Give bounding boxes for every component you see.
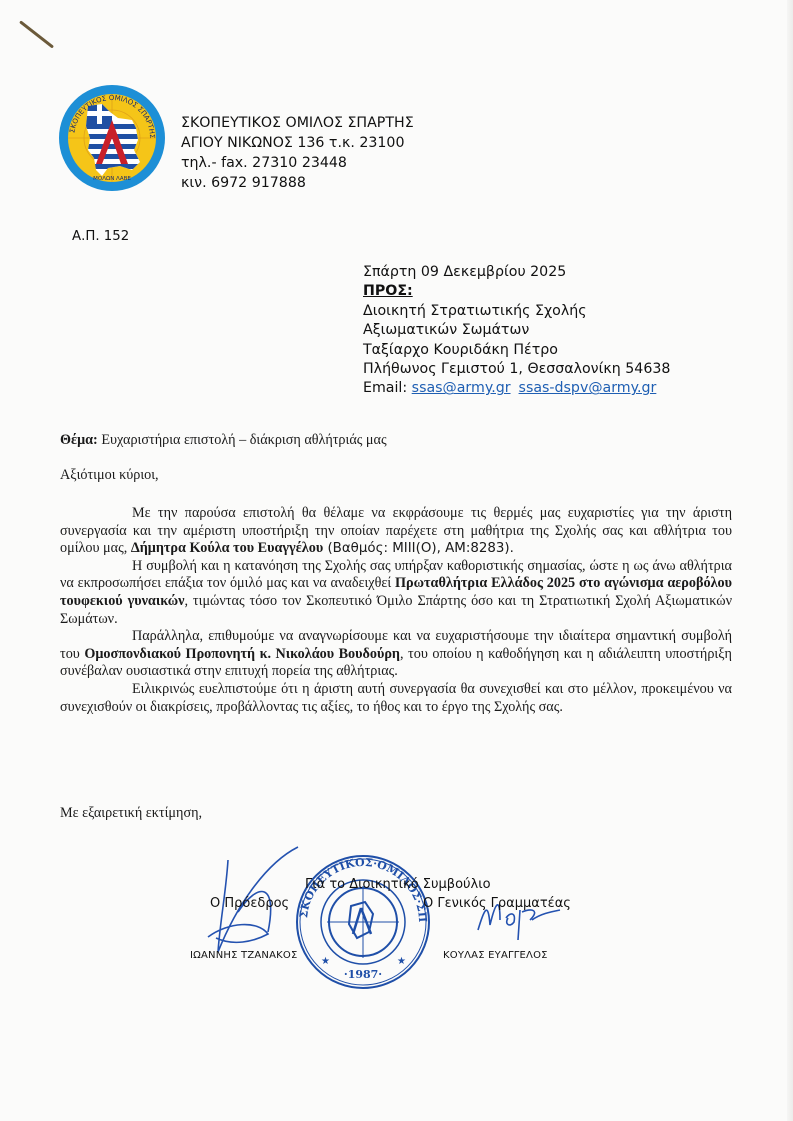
svg-text:ΜΟΛΩΝ ΛΑΒΕ: ΜΟΛΩΝ ΛΑΒΕ [93, 176, 131, 182]
athlete-rank: (Βαθμός: MIII(O), AM:8283). [323, 541, 514, 556]
paragraph-1: Με την παρούσα επιστολή θα θέλαμε να εκφ… [60, 505, 732, 558]
secretary-title: Ο Γενικός Γραμματέας [423, 896, 571, 911]
coach-name: Ομοσπονδιακού Προπονητή κ. Νικολάου Βουδ… [84, 646, 400, 662]
closing: Με εξαιρετική εκτίμηση, [60, 805, 202, 822]
date-line: Σπάρτη 09 Δεκεμβρίου 2025 [363, 263, 670, 282]
org-mobile: κιν. 6972 917888 [181, 173, 414, 193]
letterhead: ΣΚΟΠΕΥΤΙΚΟΣ ΟΜΙΛΟΣ ΣΠΑΡΤΗΣ ΑΓΙΟΥ ΝΙΚΩΝΟΣ… [181, 113, 414, 193]
email-label: Email: [363, 380, 407, 396]
email-line: Email: ssas@army.grssas-dspv@army.gr [363, 379, 670, 398]
email-link-secondary[interactable]: ssas-dspv@army.gr [519, 380, 657, 396]
to-label: ΠΡΟΣ: [363, 282, 670, 301]
org-address: ΑΓΙΟΥ ΝΙΚΩΝΟΣ 136 τ.κ. 23100 [181, 133, 414, 153]
letter-body: Με την παρούσα επιστολή θα θέλαμε να εκφ… [60, 505, 732, 716]
paragraph-4: Ειλικρινώς ευελπιστούμε ότι η άριστη αυτ… [60, 681, 732, 716]
president-title: Ο Πρόεδρος [210, 896, 289, 911]
svg-text:★: ★ [397, 956, 406, 967]
paragraph-2: Η συμβολή και η κατανόηση της Σχολής σας… [60, 558, 732, 628]
org-name: ΣΚΟΠΕΥΤΙΚΟΣ ΟΜΙΛΟΣ ΣΠΑΡΤΗΣ [181, 113, 414, 133]
subject-label: Θέμα: [60, 432, 98, 448]
recipient-line: Πλήθωνος Γεμιστού 1, Θεσσαλονίκη 54638 [363, 360, 670, 379]
recipient-line: Διοικητή Στρατιωτικής Σχολής [363, 302, 670, 321]
recipient-line: Ταξίαρχο Κουριδάκη Πέτρο [363, 341, 670, 360]
secretary-name: ΚΟΥΛΑΣ ΕΥΑΓΓΕΛΟΣ [443, 950, 548, 961]
svg-text:★: ★ [321, 956, 330, 967]
recipient-line: Αξιωματικών Σωμάτων [363, 321, 670, 340]
pencil-mark [19, 20, 54, 48]
subject-line: Θέμα: Ευχαριστήρια επιστολή – διάκριση α… [60, 432, 387, 449]
president-name: ΙΩΑΝΝΗΣ ΤΖΑΝΑΚΟΣ [190, 950, 297, 961]
email-link-primary[interactable]: ssas@army.gr [412, 380, 511, 396]
athlete-name: Δήμητρα Κούλα του Ευαγγέλου [131, 540, 323, 556]
club-emblem-icon: ΣΚΟΠΕΥΤΙΚΟΣ ΟΜΙΛΟΣ ΣΠΑΡΤΗΣ ΜΟΛΩΝ ΛΑΒΕ [58, 84, 166, 192]
official-stamp-icon: ΣΚΟΠΕΥΤΙΚΟΣ·ΟΜΙΛΟΣ·ΣΠΑΡΤΗΣ ·1987· ★ ★ [293, 852, 433, 992]
reference-number: Α.Π. 152 [72, 229, 129, 244]
recipient-block: Σπάρτη 09 Δεκεμβρίου 2025 ΠΡΟΣ: Διοικητή… [363, 263, 670, 399]
board-line: Για το Διοικητικό Συμβούλιο [305, 877, 491, 892]
svg-text:·1987·: ·1987· [344, 968, 382, 981]
paragraph-text: Ειλικρινώς ευελπιστούμε ότι η άριστη αυτ… [60, 681, 732, 715]
subject-text: Ευχαριστήρια επιστολή – διάκριση αθλήτρι… [98, 432, 387, 448]
paragraph-3: Παράλληλα, επιθυμούμε να αναγνωρίσουμε κ… [60, 628, 732, 681]
signature-area: ΣΚΟΠΕΥΤΙΚΟΣ·ΟΜΙΛΟΣ·ΣΠΑΡΤΗΣ ·1987· ★ ★ Γι… [0, 840, 793, 1000]
org-phone-fax: τηλ.- fax. 27310 23448 [181, 153, 414, 173]
salutation: Αξιότιμοι κύριοι, [60, 467, 159, 484]
